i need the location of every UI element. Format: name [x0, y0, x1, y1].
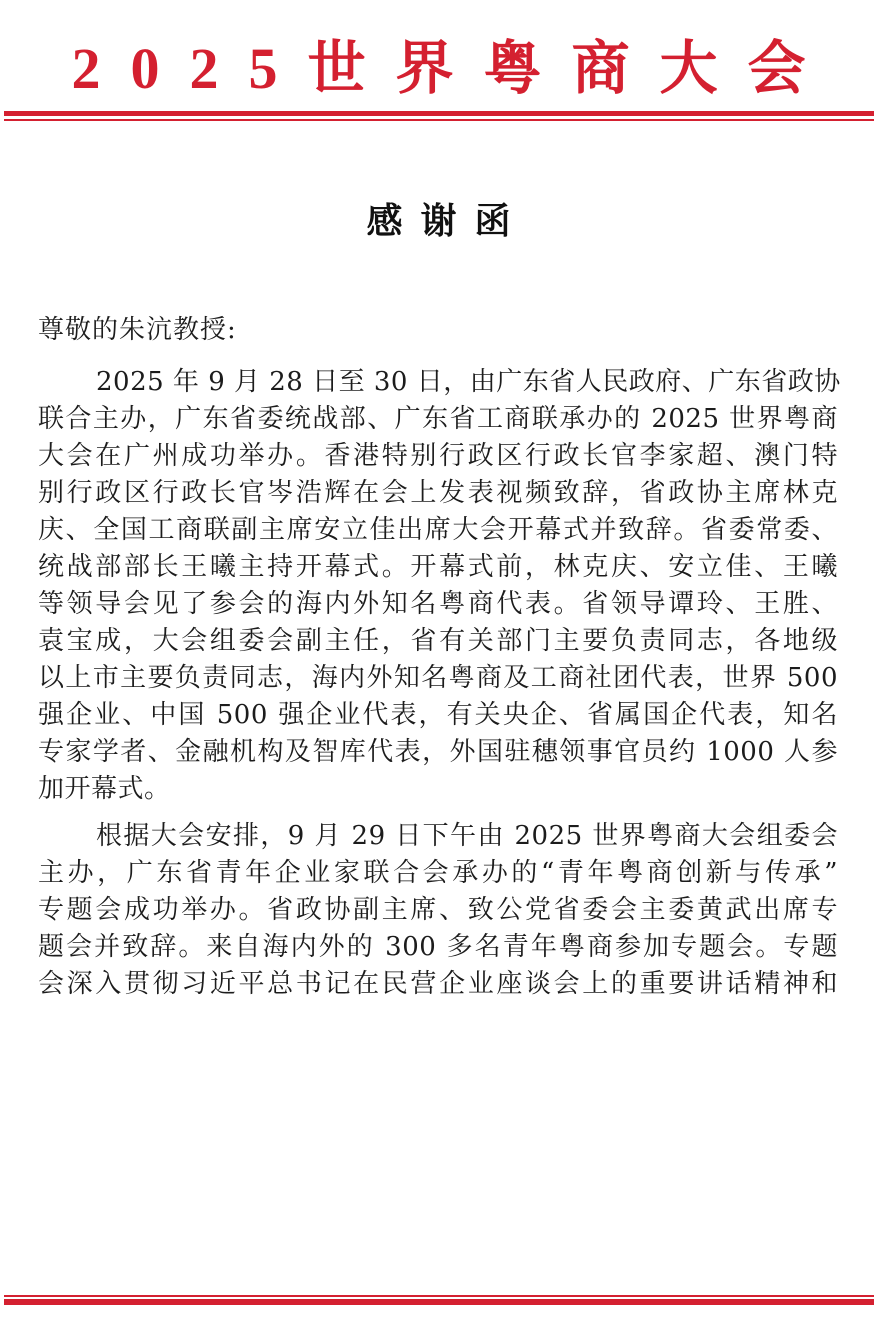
- body-line: 会深入贯彻习近平总书记在民营企业座谈会上的重要讲话精神和: [38, 966, 838, 1003]
- header-rule-thick: [4, 111, 874, 116]
- body-line: 别行政区行政长官岑浩辉在会上发表视频致辞，省政协主席林克: [38, 475, 838, 512]
- body-line: 等领导会见了参会的海内外知名粤商代表。省领导谭玲、王胜、: [38, 586, 838, 623]
- letterhead-masthead: 2025世界粤商大会: [0, 34, 877, 104]
- body-line: 根据大会安排，9 月 29 日下午由 2025 世界粤商大会组委会: [38, 818, 838, 855]
- paragraph-1: 2025 年 9 月 28 日至 30 日，由广东省人民政府、广东省政协 联合主…: [38, 364, 838, 808]
- header-rule-thin: [4, 119, 874, 121]
- footer-rule-thick: [4, 1299, 874, 1305]
- letterhead-title: 2025世界粤商大会: [71, 34, 835, 104]
- body-line: 题会并致辞。来自海内外的 300 多名青年粤商参加专题会。专题: [38, 929, 838, 966]
- salutation: 尊敬的朱沆教授:: [38, 312, 237, 349]
- body-line: 袁宝成，大会组委会副主任，省有关部门主要负责同志，各地级: [38, 623, 838, 660]
- body-line: 统战部部长王曦主持开幕式。开幕式前，林克庆、安立佳、王曦: [38, 549, 838, 586]
- body-line: 加开幕式。: [38, 771, 838, 808]
- body-line: 专家学者、金融机构及智库代表，外国驻穗领事官员约 1000 人参: [38, 734, 838, 771]
- document-title: 感谢函: [0, 196, 877, 246]
- paragraph-gap: [38, 808, 838, 818]
- body-line: 2025 年 9 月 28 日至 30 日，由广东省人民政府、广东省政协: [38, 364, 838, 401]
- body-line: 庆、全国工商联副主席安立佳出席大会开幕式并致辞。省委常委、: [38, 512, 838, 549]
- footer-rule-thin: [4, 1295, 874, 1297]
- paragraph-2: 根据大会安排，9 月 29 日下午由 2025 世界粤商大会组委会 主办，广东省…: [38, 818, 838, 1003]
- body-line: 强企业、中国 500 强企业代表，有关央企、省属国企代表，知名: [38, 697, 838, 734]
- body-line: 主办，广东省青年企业家联合会承办的“青年粤商创新与传承”: [38, 855, 838, 892]
- body-line: 联合主办，广东省委统战部、广东省工商联承办的 2025 世界粤商: [38, 401, 838, 438]
- body-line: 以上市主要负责同志，海内外知名粤商及工商社团代表，世界 500: [38, 660, 838, 697]
- body-line: 专题会成功举办。省政协副主席、致公党省委会主委黄武出席专: [38, 892, 838, 929]
- letter-body: 2025 年 9 月 28 日至 30 日，由广东省人民政府、广东省政协 联合主…: [38, 364, 838, 1003]
- body-line: 大会在广州成功举办。香港特别行政区行政长官李家超、澳门特: [38, 438, 838, 475]
